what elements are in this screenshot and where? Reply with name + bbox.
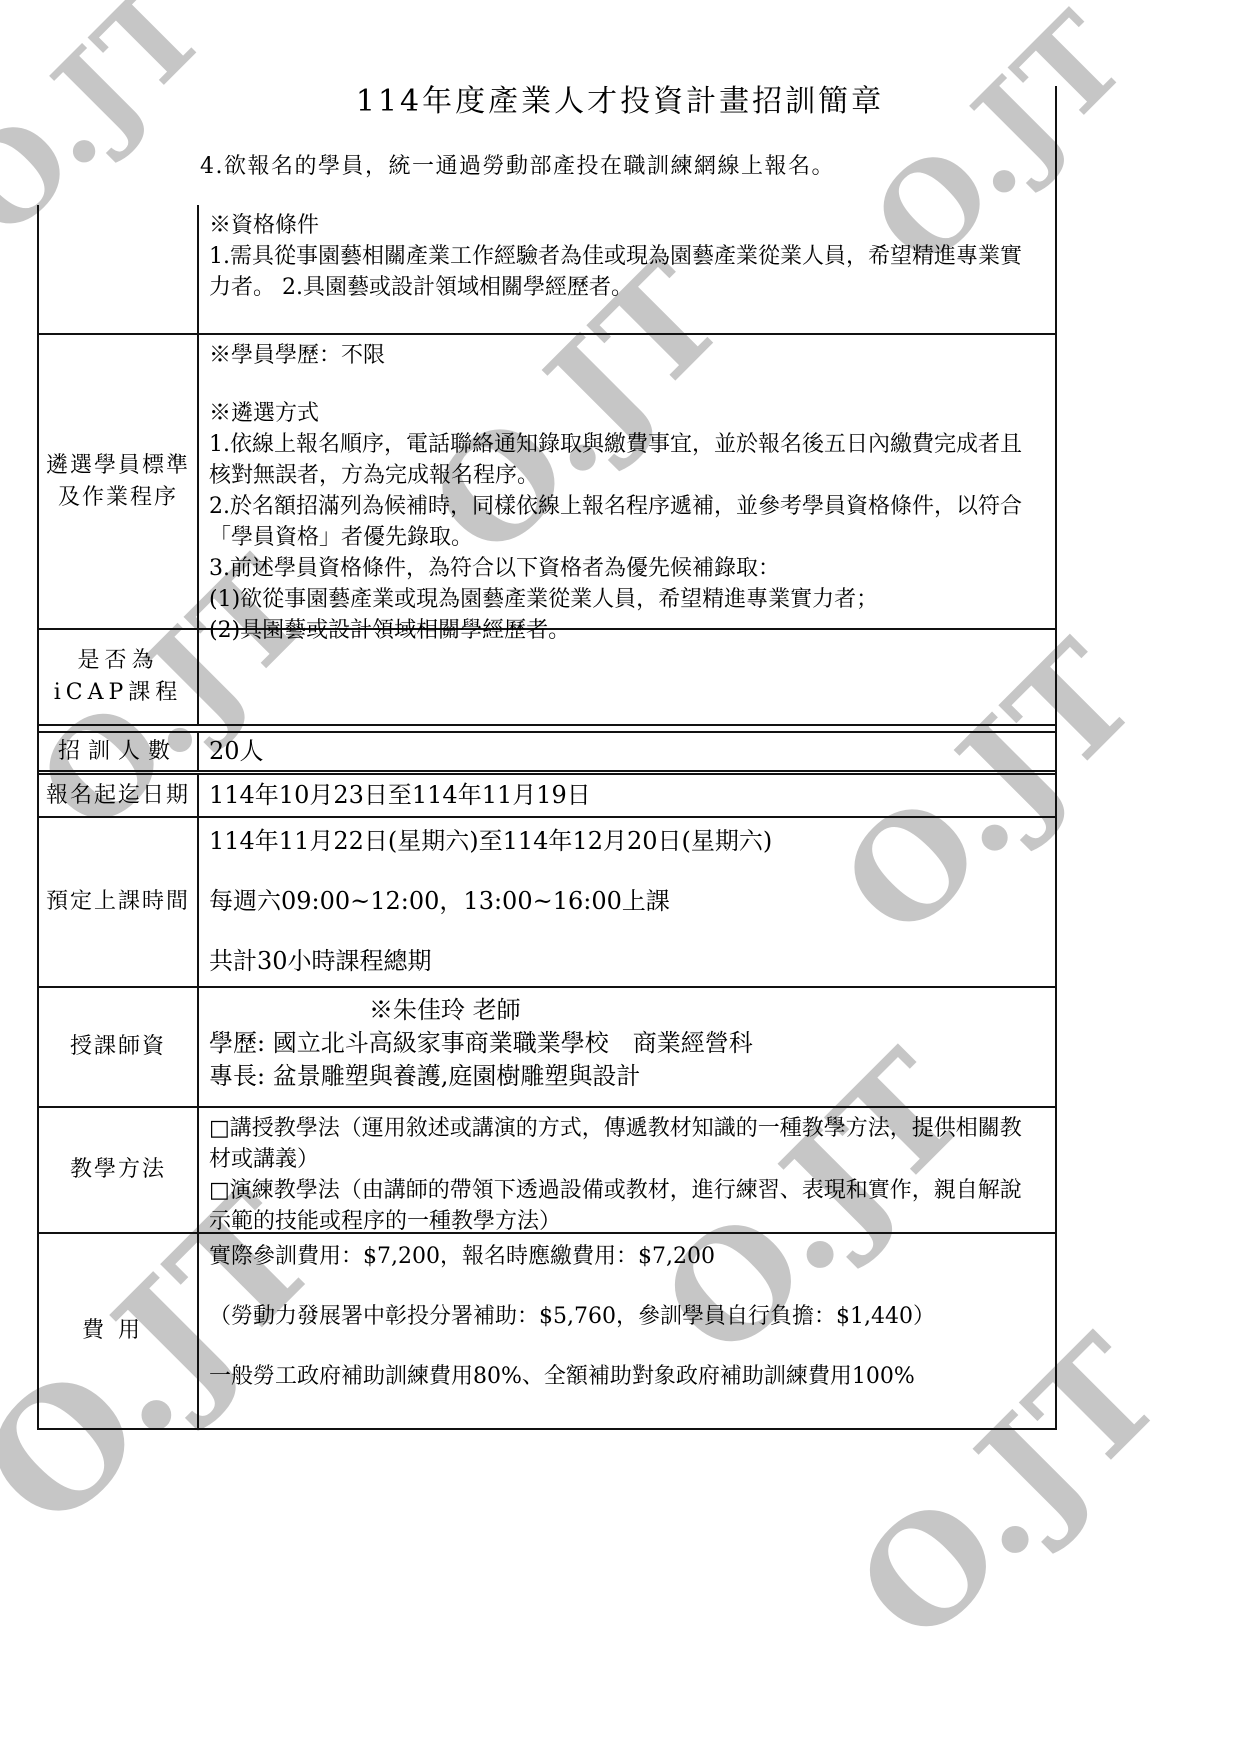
table-section-divider (39, 726, 1055, 733)
selection-label-line1: 遴選學員標準 (46, 450, 190, 482)
qualification-label-cell (39, 205, 199, 333)
selection-item-1: 1.依線上報名順序，電話聯絡通知錄取與繳費事宜，並於報名後五日內繳費完成者且核對… (209, 429, 1043, 491)
qualification-body: 1.需具從事園藝相關產業工作經驗者為佳或現為園藝產業從業人員，希望精進專業實力者… (209, 241, 1043, 303)
icap-label-line2: iCAP課程 (54, 677, 183, 709)
instructor-label: 授課師資 (39, 988, 199, 1106)
icap-label: 是否為 iCAP課程 (39, 630, 199, 724)
teaching-method-option-lecture: □講授教學法（運用敘述或講演的方式，傳遞教材知識的一種教學方法，提供相關教材或講… (209, 1113, 1043, 1175)
table-row-icap: 是否為 iCAP課程 (39, 630, 1055, 726)
table-row-capacity: 招訓人數 20人 (39, 733, 1055, 772)
schedule-content: 114年11月22日(星期六)至114年12月20日(星期六) 每週六09:00… (199, 818, 1055, 986)
intro-note: 4.欲報名的學員，統一通過勞動部產投在職訓練網線上報名。 (200, 149, 835, 180)
schedule-weekly-time: 每週六09:00~12:00，13:00~16:00上課 (209, 886, 1043, 916)
teaching-method-label: 教學方法 (39, 1108, 199, 1232)
schedule-date-range: 114年11月22日(星期六)至114年12月20日(星期六) (209, 826, 1043, 856)
schedule-duration: 共計30小時課程總期 (209, 946, 1043, 976)
fee-label: 費用 (39, 1234, 199, 1428)
table-row-teaching-method: 教學方法 □講授教學法（運用敘述或講演的方式，傳遞教材知識的一種教學方法，提供相… (39, 1108, 1055, 1234)
selection-content: ※學員學歷：不限 ※遴選方式 1.依線上報名順序，電話聯絡通知錄取與繳費事宜，並… (199, 335, 1055, 628)
fee-actual: 實際參訓費用：$7,200，報名時應繳費用：$7,200 (209, 1242, 1043, 1272)
table-row-selection: 遴選學員標準 及作業程序 ※學員學歷：不限 ※遴選方式 1.依線上報名順序，電話… (39, 335, 1055, 630)
selection-label: 遴選學員標準 及作業程序 (39, 335, 199, 628)
page-title: 114年度產業人才投資計畫招訓簡章 (0, 76, 1240, 120)
table-row-qualification: ※資格條件 1.需具從事園藝相關產業工作經驗者為佳或現為園藝產業從業人員，希望精… (39, 205, 1055, 335)
selection-label-line2: 及作業程序 (58, 482, 178, 514)
fee-subsidy-detail: （勞動力發展署中彰投分署補助：$5,760，參訓學員自行負擔：$1,440） (209, 1302, 1043, 1332)
qualification-content: ※資格條件 1.需具從事園藝相關產業工作經驗者為佳或現為園藝產業從業人員，希望精… (199, 205, 1055, 333)
selection-item-3-sub1: (1)欲從事園藝產業或現為園藝產業從業人員，希望精進專業實力者； (209, 584, 1043, 615)
registration-period-value: 114年10月23日至114年11月19日 (199, 775, 1055, 816)
table-right-border-extension (1055, 86, 1057, 205)
course-info-table: ※資格條件 1.需具從事園藝相關產業工作經驗者為佳或現為園藝產業從業人員，希望精… (37, 205, 1057, 1430)
table-row-registration-period: 報名起迄日期 114年10月23日至114年11月19日 (39, 775, 1055, 818)
qualification-heading: ※資格條件 (209, 210, 1043, 241)
icap-value (199, 630, 1055, 724)
registration-period-label: 報名起迄日期 (39, 775, 199, 816)
student-education-note: ※學員學歷：不限 (209, 340, 1043, 371)
instructor-name: ※朱佳玲 老師 (209, 994, 1043, 1027)
fee-subsidy-rate: 一般勞工政府補助訓練費用80%、全額補助對象政府補助訓練費用100% (209, 1362, 1043, 1392)
teaching-method-content: □講授教學法（運用敘述或講演的方式，傳遞教材知識的一種教學方法，提供相關教材或講… (199, 1108, 1055, 1232)
capacity-value: 20人 (199, 733, 1055, 770)
instructor-education: 學歷: 國立北斗高級家事商業職業學校 商業經營科 (209, 1027, 1043, 1060)
selection-item-2: 2.於名額招滿列為候補時，同樣依線上報名程序遞補，並參考學員資格條件，以符合「學… (209, 491, 1043, 553)
document-page: O.JT O.JT O.JT O.JT O.JT O.JT O.JT O.JT … (0, 0, 1240, 1755)
teaching-method-option-practice: □演練教學法（由講師的帶領下透過設備或教材，進行練習、表現和實作，親自解說示範的… (209, 1175, 1043, 1237)
table-row-schedule: 預定上課時間 114年11月22日(星期六)至114年12月20日(星期六) 每… (39, 818, 1055, 988)
instructor-specialty: 專長: 盆景雕塑與養護,庭園樹雕塑與設計 (209, 1060, 1043, 1093)
fee-content: 實際參訓費用：$7,200，報名時應繳費用：$7,200 （勞動力發展署中彰投分… (199, 1234, 1055, 1428)
capacity-label: 招訓人數 (39, 733, 199, 770)
icap-label-line1: 是否為 (77, 645, 158, 677)
schedule-label: 預定上課時間 (39, 818, 199, 986)
selection-item-3: 3.前述學員資格條件，為符合以下資格者為優先候補錄取： (209, 553, 1043, 584)
selection-method-heading: ※遴選方式 (209, 398, 1043, 429)
table-row-instructor: 授課師資 ※朱佳玲 老師 學歷: 國立北斗高級家事商業職業學校 商業經營科 專長… (39, 988, 1055, 1108)
table-row-fee: 費用 實際參訓費用：$7,200，報名時應繳費用：$7,200 （勞動力發展署中… (39, 1234, 1055, 1430)
instructor-content: ※朱佳玲 老師 學歷: 國立北斗高級家事商業職業學校 商業經營科 專長: 盆景雕… (199, 988, 1055, 1106)
